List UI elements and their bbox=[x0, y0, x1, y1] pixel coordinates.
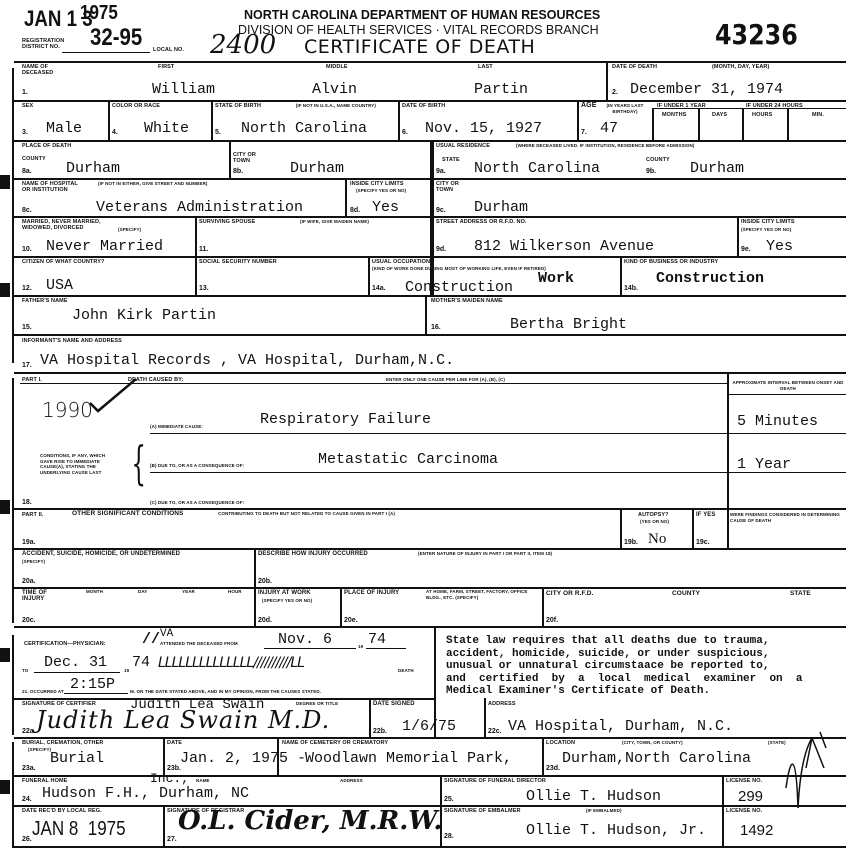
va-note: VA bbox=[160, 626, 173, 642]
burial-date: Jan. 2, 1975 - bbox=[180, 751, 306, 767]
registration-district-value: 32-95 bbox=[90, 24, 142, 52]
embalmer-license: 1492 bbox=[740, 823, 773, 839]
funeral-director-license: 299 bbox=[738, 789, 763, 805]
mother-maiden-name: Bertha Bright bbox=[510, 317, 627, 333]
informant: VA Hospital Records , VA Hospital, Durha… bbox=[40, 353, 454, 369]
date-received: JAN 8 1975 bbox=[32, 818, 126, 841]
residence-state: North Carolina bbox=[474, 161, 600, 177]
agency-line-1: NORTH CAROLINA DEPARTMENT OF HUMAN RESOU… bbox=[244, 9, 600, 22]
interval-due-to-1: 1 Year bbox=[737, 457, 791, 473]
date-of-death: December 31, 1974 bbox=[630, 82, 783, 98]
cemetery-location: Durham,North Carolina bbox=[562, 751, 751, 767]
residence-inside-city-limits: Yes bbox=[766, 239, 793, 255]
time-of-death: 2:15P bbox=[70, 677, 115, 693]
embalmer: Ollie T. Hudson, Jr. bbox=[526, 823, 706, 839]
marital-status: Never Married bbox=[46, 239, 163, 255]
initials-scribble-icon bbox=[776, 728, 832, 816]
certificate-title: CERTIFICATE OF DEATH bbox=[304, 36, 535, 58]
disposition: Burial bbox=[50, 751, 104, 767]
death-county: Durham bbox=[66, 161, 120, 177]
strike-marks: LLLLLLLLLLLLLL//////////LL bbox=[158, 655, 304, 671]
interval-immediate: 5 Minutes bbox=[737, 414, 818, 430]
race: White bbox=[144, 121, 189, 137]
usual-occupation: Construction bbox=[405, 280, 513, 296]
cause-immediate: Respiratory Failure bbox=[260, 412, 431, 428]
cause-due-to-1: Metastatic Carcinoma bbox=[318, 452, 498, 468]
district-underline bbox=[62, 52, 150, 53]
date-signed: 1/6/75 bbox=[402, 719, 456, 735]
age-years: 47 bbox=[600, 121, 618, 137]
attended-from-date: Nov. 6 bbox=[278, 632, 332, 648]
residence-city: Durham bbox=[474, 200, 528, 216]
cemetery-name: Woodlawn Memorial Park, bbox=[305, 751, 512, 767]
hospital-name: Veterans Administration bbox=[96, 200, 303, 216]
attended-from-year: 74 bbox=[368, 632, 386, 648]
attended-to-date: Dec. 31 bbox=[44, 655, 107, 671]
attended-to-year: 74 bbox=[132, 655, 150, 671]
certificate-number: 43236 bbox=[715, 18, 798, 51]
state-of-birth: North Carolina bbox=[241, 121, 367, 137]
deceased-first-name: William bbox=[152, 82, 215, 98]
funeral-director: Ollie T. Hudson bbox=[526, 789, 661, 805]
usual-occupation-overtype: Work bbox=[538, 271, 574, 287]
certifier-signature: Judith Lea Swain M.D. bbox=[36, 706, 330, 734]
local-no-label: LOCAL NO. bbox=[153, 47, 184, 53]
checkmark-icon bbox=[88, 375, 148, 415]
business-industry: Construction bbox=[656, 271, 764, 287]
funeral-home: Hudson F.H., Durham, NC bbox=[42, 786, 249, 802]
deceased-last-name: Partin bbox=[474, 82, 528, 98]
death-inside-city-limits: Yes bbox=[372, 200, 399, 216]
medical-examiner-notice: State law requires that all deaths due t… bbox=[446, 635, 802, 698]
citizenship: USA bbox=[46, 278, 73, 294]
father-name: John Kirk Partin bbox=[72, 308, 216, 324]
brace-icon: { bbox=[131, 440, 146, 486]
autopsy: No bbox=[648, 531, 666, 547]
received-stamp-year: 1975 bbox=[80, 2, 118, 25]
residence-county: Durham bbox=[690, 161, 744, 177]
residence-street: 812 Wilkerson Avenue bbox=[474, 239, 654, 255]
death-city: Durham bbox=[290, 161, 344, 177]
sex: Male bbox=[46, 121, 82, 137]
date-of-birth: Nov. 15, 1927 bbox=[425, 121, 542, 137]
registration-district-label: REGISTRATION DISTRICT NO. bbox=[22, 38, 92, 50]
handwritten-note: 1990 bbox=[42, 398, 93, 422]
registrar-signature: O.L. Cider, M.R.W. bbox=[178, 806, 442, 836]
certifier-address: VA Hospital, Durham, N.C. bbox=[508, 719, 733, 735]
deceased-middle-name: Alvin bbox=[312, 82, 357, 98]
